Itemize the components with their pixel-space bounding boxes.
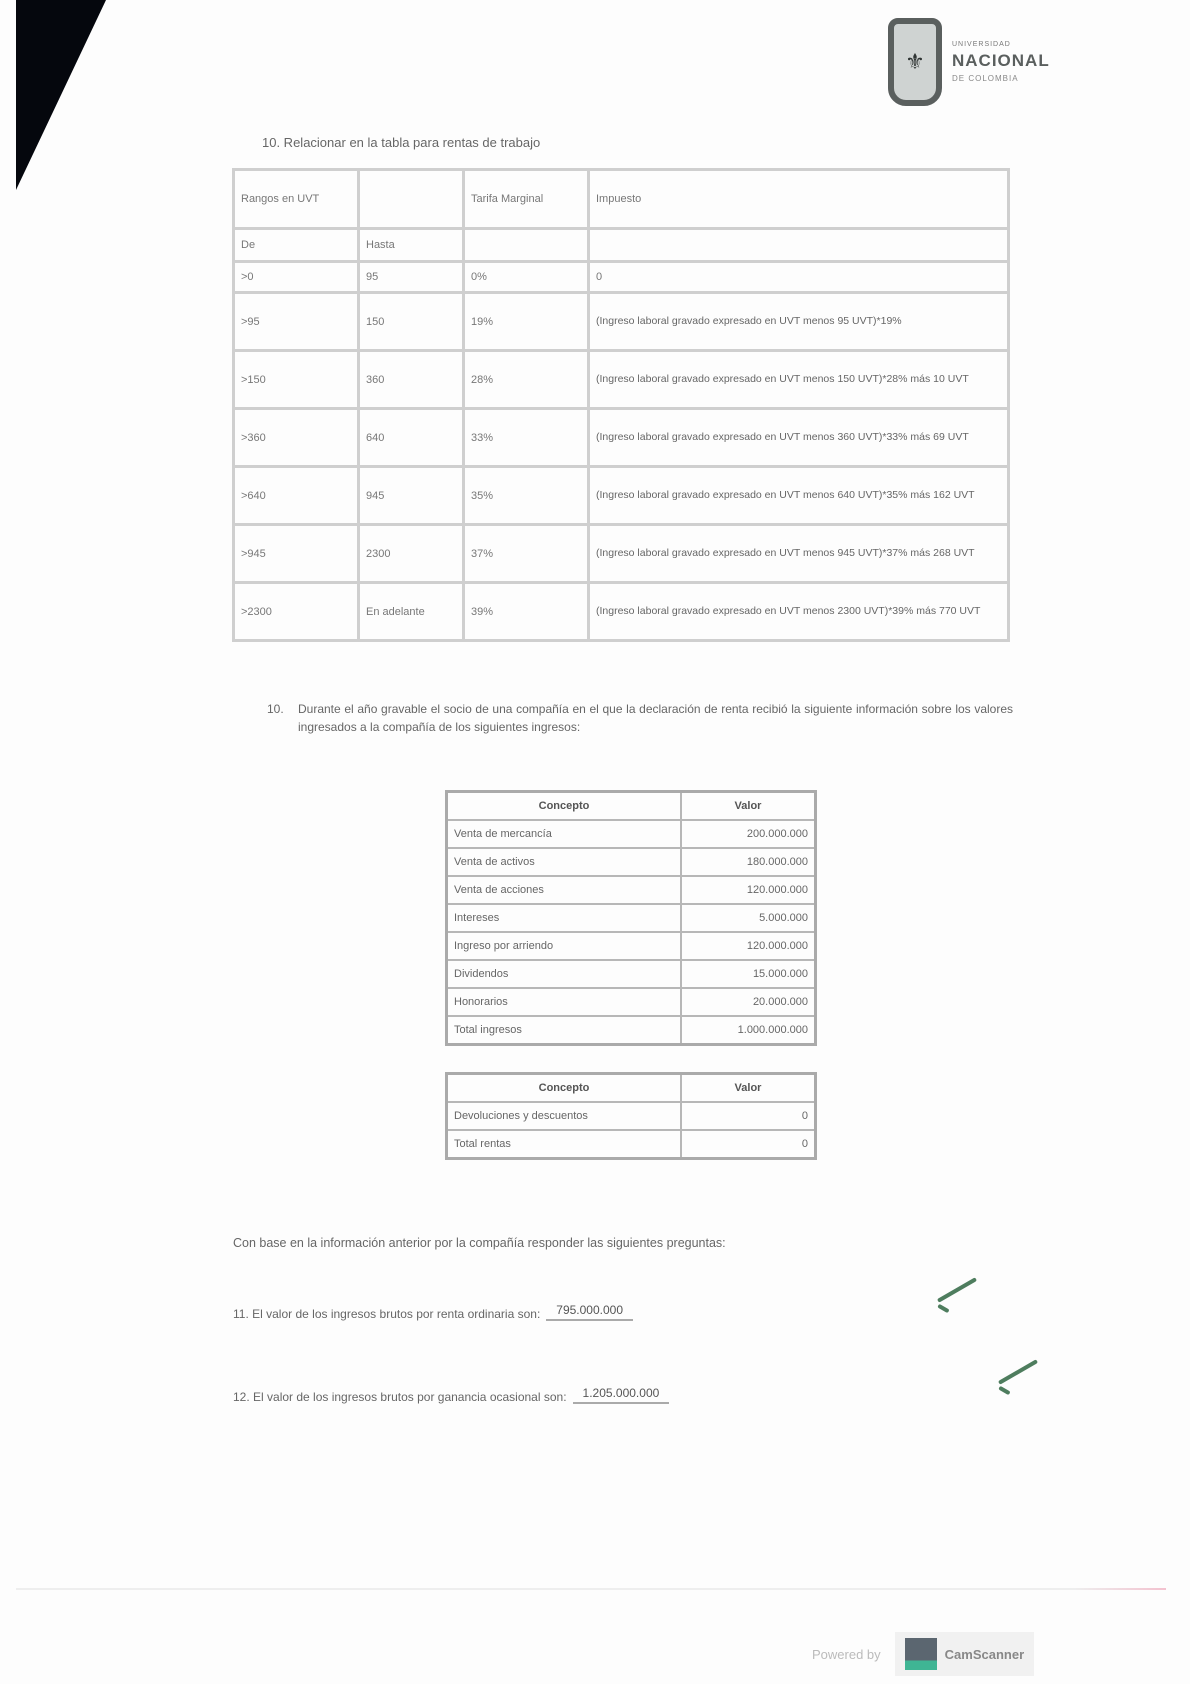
section-10-title: 10. Relacionar en la tabla para rentas d… <box>262 135 540 150</box>
subheader-to: Hasta <box>359 229 464 262</box>
table-row: >945 2300 37% (Ingreso laboral gravado e… <box>234 525 1009 583</box>
logo-line-3: DE COLOMBIA <box>952 74 1050 83</box>
table-row: >150 360 28% (Ingreso laboral gravado ex… <box>234 351 1009 409</box>
scan-corner-shadow <box>16 0 106 190</box>
table-row: >2300 En adelante 39% (Ingreso laboral g… <box>234 583 1009 641</box>
table-row: Venta de mercancía200.000.000 <box>447 820 816 848</box>
tax-bracket-table: Rangos en UVT Tarifa Marginal Impuesto D… <box>232 168 1010 642</box>
table-row: >640 945 35% (Ingreso laboral gravado ex… <box>234 467 1009 525</box>
scanner-watermark: Powered by CamScanner <box>812 1632 1034 1676</box>
university-logo: ⚜ UNIVERSIDAD NACIONAL DE COLOMBIA <box>888 18 1050 106</box>
powered-by-label: Powered by <box>812 1647 881 1662</box>
header-rate: Tarifa Marginal <box>464 170 589 229</box>
question-11-text: 11. El valor de los ingresos brutos por … <box>233 1307 540 1321</box>
section-text: Durante el año gravable el socio de una … <box>298 700 1013 736</box>
table-row: Intereses5.000.000 <box>447 904 816 932</box>
page-edge <box>16 1588 1166 1590</box>
table-row: Venta de activos180.000.000 <box>447 848 816 876</box>
question-11-answer: 795.000.000 <box>546 1303 633 1321</box>
camscanner-logo-icon <box>905 1638 937 1670</box>
col-concept: Concepto <box>447 1074 682 1103</box>
table-row: Devoluciones y descuentos0 <box>447 1102 816 1130</box>
question-11: 11. El valor de los ingresos brutos por … <box>233 1303 633 1321</box>
col-value: Valor <box>681 1074 816 1103</box>
logo-line-1: UNIVERSIDAD <box>952 41 1050 48</box>
table-row: Venta de acciones120.000.000 <box>447 876 816 904</box>
question-12-answer: 1.205.000.000 <box>573 1386 670 1404</box>
table-row: Ingreso por arriendo120.000.000 <box>447 932 816 960</box>
university-crest-icon: ⚜ <box>888 18 942 106</box>
brand-name: CamScanner <box>945 1647 1024 1662</box>
table-row-total: Total ingresos1.000.000.000 <box>447 1016 816 1045</box>
header-blank <box>359 170 464 229</box>
table-row: Honorarios20.000.000 <box>447 988 816 1016</box>
section-10b-paragraph: 10. Durante el año gravable el socio de … <box>268 700 1013 736</box>
table-row-total: Total rentas0 <box>447 1130 816 1159</box>
deductions-table: Concepto Valor Devoluciones y descuentos… <box>445 1072 817 1160</box>
header-ranges: Rangos en UVT <box>234 170 359 229</box>
header-tax: Impuesto <box>589 170 1009 229</box>
col-concept: Concepto <box>447 792 682 821</box>
income-table: Concepto Valor Venta de mercancía200.000… <box>445 790 817 1046</box>
table-row: >360 640 33% (Ingreso laboral gravado ex… <box>234 409 1009 467</box>
question-12: 12. El valor de los ingresos brutos por … <box>233 1386 669 1404</box>
checkmark-icon <box>937 1277 977 1302</box>
scanner-brand: CamScanner <box>895 1632 1034 1676</box>
logo-line-2: NACIONAL <box>952 51 1050 71</box>
subheader-from: De <box>234 229 359 262</box>
table-row: >95 150 19% (Ingreso laboral gravado exp… <box>234 293 1009 351</box>
table-row: >0 95 0% 0 <box>234 262 1009 293</box>
checkmark-icon <box>998 1359 1038 1384</box>
col-value: Valor <box>681 792 816 821</box>
table-row: Dividendos15.000.000 <box>447 960 816 988</box>
section-number: 10. <box>267 700 284 718</box>
questions-intro: Con base en la información anterior por … <box>233 1232 1023 1254</box>
question-12-text: 12. El valor de los ingresos brutos por … <box>233 1390 567 1404</box>
